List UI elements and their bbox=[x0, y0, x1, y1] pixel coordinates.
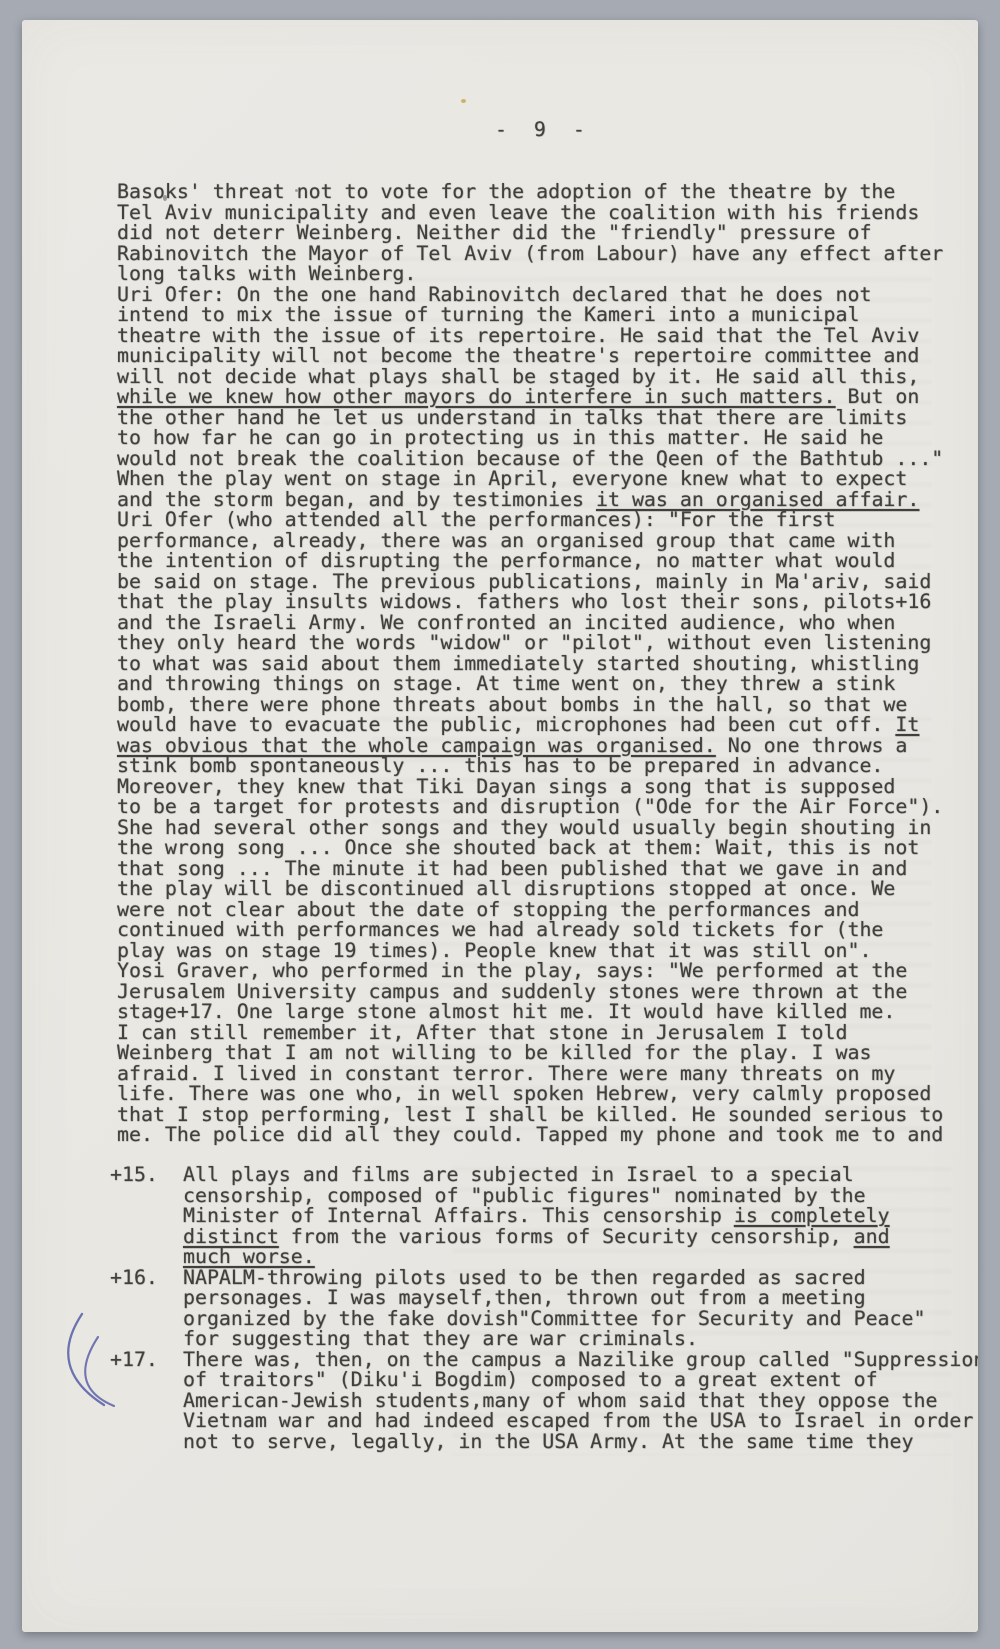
text-line: not to serve, legally, in the USA Army. … bbox=[183, 1432, 978, 1453]
text-line: the play will be discontinued all disrup… bbox=[117, 879, 943, 900]
underlined-text: and bbox=[854, 1225, 890, 1248]
footnotes: +15.All plays and films are subjected in… bbox=[110, 1165, 978, 1452]
text-line: play was on stage 19 times). People knew… bbox=[117, 941, 943, 962]
text-line: Uri Ofer: On the one hand Rabinovitch de… bbox=[117, 285, 943, 306]
text-line: Rabinovitch the Mayor of Tel Aviv (from … bbox=[117, 244, 943, 265]
text-line: municipality will not become the theatre… bbox=[117, 346, 943, 367]
text-line: will not decide what plays shall be stag… bbox=[117, 367, 943, 388]
text-line: organized by the fake dovish"Committee f… bbox=[183, 1309, 978, 1330]
text-line: Uri Ofer (who attended all the performan… bbox=[117, 510, 943, 531]
text-line: Weinberg that I am not willing to be kil… bbox=[117, 1043, 943, 1064]
text-line: Jerusalem University campus and suddenly… bbox=[117, 982, 943, 1003]
text-line: When the play went on stage in April, ev… bbox=[117, 469, 943, 490]
text-line: of traitors" (Diku'i Bogdim) composed to… bbox=[183, 1370, 978, 1391]
text-line: American-Jewish students,many of whom sa… bbox=[183, 1391, 978, 1412]
text-line: Tel Aviv municipality and even leave the… bbox=[117, 203, 943, 224]
text-line: were not clear about the date of stoppin… bbox=[117, 900, 943, 921]
paper-speck bbox=[461, 99, 466, 103]
text-line: intend to mix the issue of turning the K… bbox=[117, 305, 943, 326]
text-line: Basoks' threat not to vote for the adopt… bbox=[117, 182, 943, 203]
text-line: theatre with the issue of its repertoire… bbox=[117, 326, 943, 347]
text-line: the wrong song ... Once she shouted back… bbox=[117, 838, 943, 859]
text-line: censorship, composed of "public figures"… bbox=[183, 1186, 978, 1207]
text-line: to what was said about them immediately … bbox=[117, 654, 943, 675]
text-line: that the play insults widows. fathers wh… bbox=[117, 592, 943, 613]
text-line: and the Israeli Army. We confronted an i… bbox=[117, 613, 943, 634]
footnote-marker: +16. bbox=[110, 1268, 158, 1289]
text-line: life. There was one who, in well spoken … bbox=[117, 1084, 943, 1105]
text-line: bomb, there were phone threats about bom… bbox=[117, 695, 943, 716]
text-line: All plays and films are subjected in Isr… bbox=[183, 1165, 978, 1186]
text-line: Yosi Graver, who performed in the play, … bbox=[117, 961, 943, 982]
text-line: they only heard the words "widow" or "pi… bbox=[117, 633, 943, 654]
body-text: Basoks' threat not to vote for the adopt… bbox=[117, 182, 943, 1146]
text-line: long talks with Weinberg. bbox=[117, 264, 943, 285]
footnote: +15.All plays and films are subjected in… bbox=[110, 1165, 978, 1268]
footnote-marker: +15. bbox=[110, 1165, 158, 1186]
text-line: Minister of Internal Affairs. This censo… bbox=[183, 1206, 978, 1227]
text-line: did not deterr Weinberg. Neither did the… bbox=[117, 223, 943, 244]
text-line: NAPALM-throwing pilots used to be then r… bbox=[183, 1268, 978, 1289]
text-line: personages. I was mayself,then, thrown o… bbox=[183, 1288, 978, 1309]
scan-background: { "page": { "number_header": "- 9 -" }, … bbox=[0, 0, 1000, 1649]
text-line: the other hand he let us understand in t… bbox=[117, 408, 943, 429]
text-line: to how far he can go in protecting us in… bbox=[117, 428, 943, 449]
text-line: performance, already, there was an organ… bbox=[117, 531, 943, 552]
text-line: There was, then, on the campus a Nazilik… bbox=[183, 1350, 978, 1371]
text-line: was obvious that the whole campaign was … bbox=[117, 736, 943, 757]
text-line: while we knew how other mayors do interf… bbox=[117, 387, 943, 408]
page-number: - 9 - bbox=[495, 120, 586, 141]
paper-speck bbox=[295, 189, 298, 192]
paper-speck bbox=[163, 195, 167, 201]
text-line: and throwing things on stage. At time we… bbox=[117, 674, 943, 695]
text-line: distinct from the various forms of Secur… bbox=[183, 1227, 978, 1248]
text-line: continued with performances we had alrea… bbox=[117, 920, 943, 941]
footnote-marker: +17. bbox=[110, 1350, 158, 1371]
text-line: would not break the coalition because of… bbox=[117, 449, 943, 470]
text-line: I can still remember it, After that ston… bbox=[117, 1023, 943, 1044]
text-line: to be a target for protests and disrupti… bbox=[117, 797, 943, 818]
text-line: be said on stage. The previous publicati… bbox=[117, 572, 943, 593]
text-line: me. The police did all they could. Tappe… bbox=[117, 1125, 943, 1146]
text-line: stage+17. One large stone almost hit me.… bbox=[117, 1002, 943, 1023]
footnote: +16.NAPALM-throwing pilots used to be th… bbox=[110, 1268, 978, 1350]
text-line: and the storm began, and by testimonies … bbox=[117, 490, 943, 511]
text-line: the intention of disrupting the performa… bbox=[117, 551, 943, 572]
text-line: much worse. bbox=[183, 1247, 978, 1268]
footnote: +17.There was, then, on the campus a Naz… bbox=[110, 1350, 978, 1453]
text-line: She had several other songs and they wou… bbox=[117, 818, 943, 839]
text-line: Moreover, they knew that Tiki Dayan sing… bbox=[117, 777, 943, 798]
text-line: that I stop performing, lest I shall be … bbox=[117, 1105, 943, 1126]
text-line: that song ... The minute it had been pub… bbox=[117, 859, 943, 880]
document-page: - 9 - Basoks' threat not to vote for the… bbox=[22, 20, 978, 1632]
text-line: for suggesting that they are war crimina… bbox=[183, 1329, 978, 1350]
text-line: Vietnam war and had indeed escaped from … bbox=[183, 1411, 978, 1432]
text-line: would have to evacuate the public, micro… bbox=[117, 715, 943, 736]
text-line: stink bomb spontaneously ... this has to… bbox=[117, 756, 943, 777]
text-line: afraid. I lived in constant terror. Ther… bbox=[117, 1064, 943, 1085]
